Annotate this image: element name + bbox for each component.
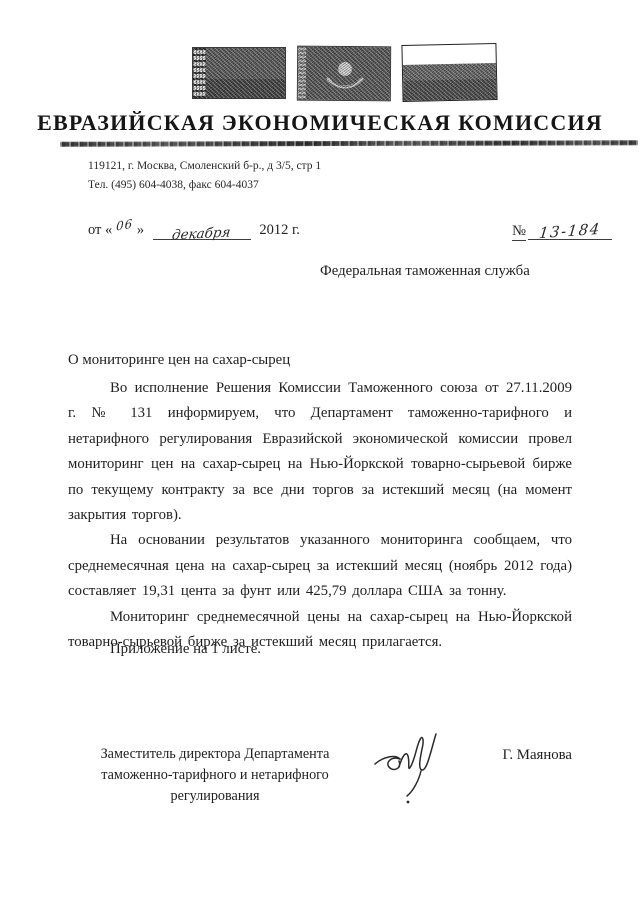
addressee: Федеральная таможенная служба bbox=[320, 263, 530, 280]
doc-number-handwritten: 13-184 bbox=[538, 220, 602, 242]
letterhead-divider-rule bbox=[60, 140, 638, 147]
signature-autograph-icon bbox=[372, 728, 442, 808]
date-month-handwritten: декабря bbox=[171, 224, 231, 243]
reference-line: от « 06 » декабря 2012 г. №13-184 bbox=[88, 221, 612, 240]
scanned-letter-page: ЕВРАЗИЙСКАЯ ЭКОНОМИЧЕСКАЯ КОМИССИЯ 11912… bbox=[0, 0, 640, 900]
kazakhstan-flag-ornament bbox=[298, 47, 306, 100]
date-year: 2012 г. bbox=[259, 222, 300, 238]
doc-number-blank-line: 13-184 bbox=[528, 221, 612, 240]
russia-flag-icon bbox=[401, 43, 497, 102]
signer-name: Г. Маянова bbox=[503, 747, 573, 764]
signer-position: Заместитель директора Департамента тамож… bbox=[88, 744, 342, 807]
letterhead-contacts: 119121, г. Москва, Смоленский б-р., д 3/… bbox=[88, 157, 321, 195]
date-close-quote: » bbox=[137, 222, 144, 238]
date-prefix: от « bbox=[88, 222, 112, 238]
signature-block: Заместитель директора Департамента тамож… bbox=[88, 744, 600, 807]
scan-grain bbox=[193, 48, 285, 98]
russia-flag-bottom-stripe bbox=[403, 79, 496, 101]
body-paragraph-2: На основании результатов указанного мони… bbox=[68, 528, 572, 604]
attachment-note: Приложение на 1 листе. bbox=[110, 641, 261, 658]
body-paragraph-1: Во исполнение Решения Комиссии Таможенно… bbox=[68, 376, 572, 528]
belarus-flag-ornament bbox=[193, 48, 206, 98]
doc-number-field: №13-184 bbox=[512, 221, 612, 240]
doc-number-label: № bbox=[512, 223, 526, 241]
phone-fax-line: Тел. (495) 604-4038, факс 604-4037 bbox=[88, 176, 321, 195]
kazakhstan-sun-eagle-icon bbox=[322, 57, 368, 91]
date-day-handwritten: 06 bbox=[116, 216, 134, 233]
letter-body: Во исполнение Решения Комиссии Таможенно… bbox=[68, 376, 572, 655]
subject-line: О мониторинге цен на сахар-сырец bbox=[68, 352, 290, 369]
date-month-blank-line: декабря bbox=[153, 222, 251, 240]
kazakhstan-flag-icon bbox=[298, 47, 390, 101]
date-field: от « 06 » декабря 2012 г. bbox=[88, 222, 300, 240]
address-line: 119121, г. Москва, Смоленский б-р., д 3/… bbox=[88, 157, 321, 176]
belarus-flag-icon bbox=[193, 48, 285, 98]
org-name: ЕВРАЗИЙСКАЯ ЭКОНОМИЧЕСКАЯ КОМИССИЯ bbox=[0, 110, 640, 136]
